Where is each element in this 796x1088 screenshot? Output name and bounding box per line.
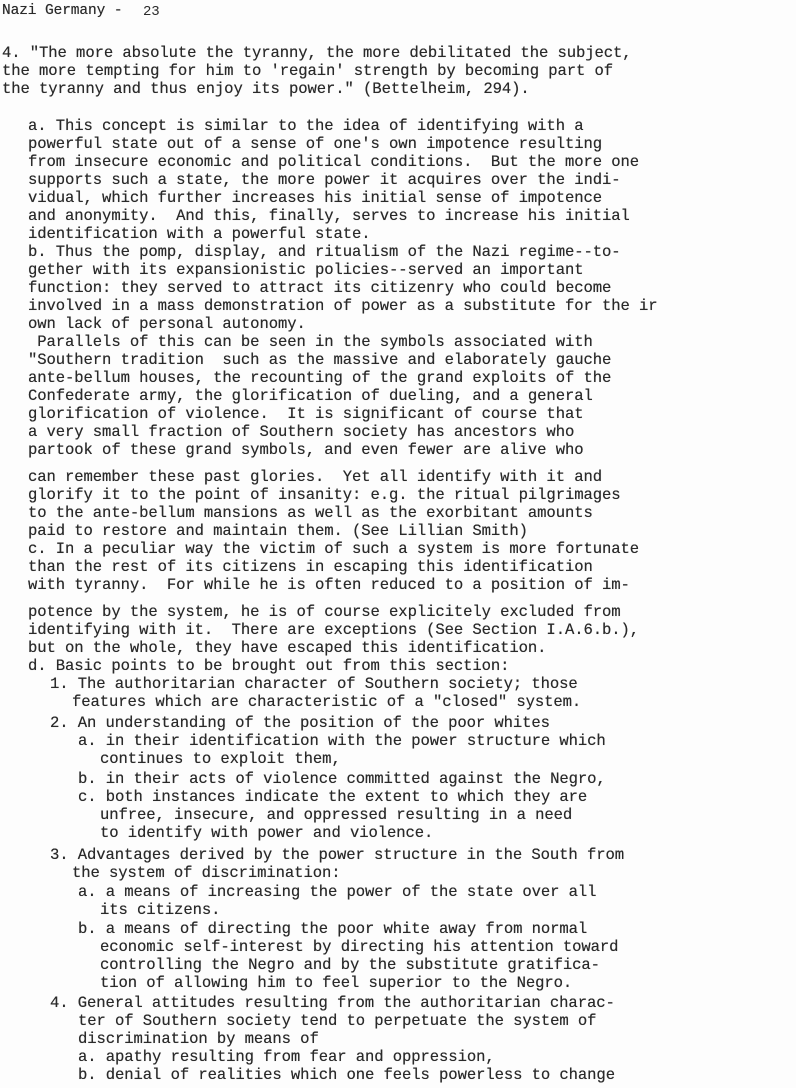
quote-line-1: 4. "The more absolute the tyranny, the m… [2, 44, 632, 62]
point-3b-line: economic self-interest by directing his … [100, 938, 618, 956]
point-3b-line: tion of allowing him to feel superior to… [100, 974, 572, 992]
point-2a-line: continues to exploit them, [100, 750, 341, 768]
point-4-intro: ter of Southern society tend to perpetua… [78, 1012, 596, 1030]
para-a-line: a. This concept is similar to the idea o… [28, 117, 583, 135]
point-3b-line: controlling the Negro and by the substit… [100, 956, 600, 974]
para-a-line: identification with a powerful state. [28, 225, 371, 243]
para-a-line: vidual, which further increases his init… [28, 189, 602, 207]
para-b-line: b. Thus the pomp, display, and ritualism… [28, 243, 621, 261]
parallels-line: a very small fraction of Southern societ… [28, 423, 574, 441]
parallels-line: Confederate army, the glorification of d… [28, 387, 593, 405]
para-c-line: with tyranny. For while he is often redu… [28, 576, 630, 594]
para-c-line: potence by the system, he is of course e… [28, 603, 621, 621]
point-4-intro: 4. General attitudes resulting from the … [50, 994, 615, 1012]
para-b-line: gether with its expansionistic policies-… [28, 261, 583, 279]
para-b-line: function: they served to attract its cit… [28, 279, 611, 297]
parallels-line: to the ante-bellum mansions as well as t… [28, 504, 593, 522]
point-3a-line: its citizens. [100, 901, 220, 919]
parallels-line: ante-bellum houses, the recounting of th… [28, 369, 611, 387]
point-2a-line: a. in their identification with the powe… [78, 732, 606, 750]
page-number: 23 [143, 4, 160, 20]
para-d-intro: d. Basic points to be brought out from t… [28, 657, 509, 675]
point-2c-line: to identify with power and violence. [100, 824, 433, 842]
point-3-intro: the system of discrimination: [72, 864, 340, 882]
parallels-line: Parallels of this can be seen in the sym… [28, 333, 593, 351]
point-2-intro: 2. An understanding of the position of t… [50, 714, 550, 732]
parallels-line: "Southern tradition such as the massive … [28, 351, 611, 369]
para-a-line: and anonymity. And this, finally, serves… [28, 207, 630, 225]
point-4b-line: b. denial of realities which one feels p… [78, 1066, 615, 1084]
para-c-line: but on the whole, they have escaped this… [28, 639, 546, 657]
point-2c-line: c. both instances indicate the extent to… [78, 788, 587, 806]
point-4a-line: a. apathy resulting from fear and oppres… [78, 1048, 495, 1066]
point-2c-line: unfree, insecure, and oppressed resultin… [100, 806, 572, 824]
typewritten-page: Nazi Germany - 23 4. "The more absolute … [0, 0, 796, 1088]
parallels-line: paid to restore and maintain them. (See … [28, 522, 528, 540]
parallels-line: glorify it to the point of insanity: e.g… [28, 486, 621, 504]
point-2b-line: b. in their acts of violence committed a… [78, 770, 606, 788]
para-c-line: than the rest of its citizens in escapin… [28, 558, 593, 576]
quote-line-3: the tyranny and thus enjoy its power." (… [2, 80, 530, 98]
parallels-line: glorification of violence. It is signifi… [28, 405, 583, 423]
point-3-intro: 3. Advantages derived by the power struc… [50, 846, 624, 864]
running-title: Nazi Germany - [2, 2, 122, 20]
parallels-line: partook of these grand symbols, and even… [28, 441, 583, 459]
point-4-intro: discrimination by means of [78, 1030, 319, 1048]
para-b-line: involved in a mass demonstration of powe… [28, 297, 658, 315]
para-a-line: supports such a state, the more power it… [28, 171, 621, 189]
point-3b-line: b. a means of directing the poor white a… [78, 920, 587, 938]
para-a-line: powerful state out of a sense of one's o… [28, 135, 602, 153]
parallels-line: can remember these past glories. Yet all… [28, 468, 602, 486]
para-c-line: identifying with it. There are exception… [28, 621, 639, 639]
point-3a-line: a. a means of increasing the power of th… [78, 883, 596, 901]
point-1-line: 1. The authoritarian character of Southe… [50, 675, 578, 693]
point-1-line: features which are characteristic of a "… [72, 693, 581, 711]
para-a-line: from insecure economic and political con… [28, 153, 639, 171]
quote-line-2: the more tempting for him to 'regain' st… [2, 62, 613, 80]
para-b-line: own lack of personal autonomy. [28, 315, 306, 333]
para-c-line: c. In a peculiar way the victim of such … [28, 540, 639, 558]
